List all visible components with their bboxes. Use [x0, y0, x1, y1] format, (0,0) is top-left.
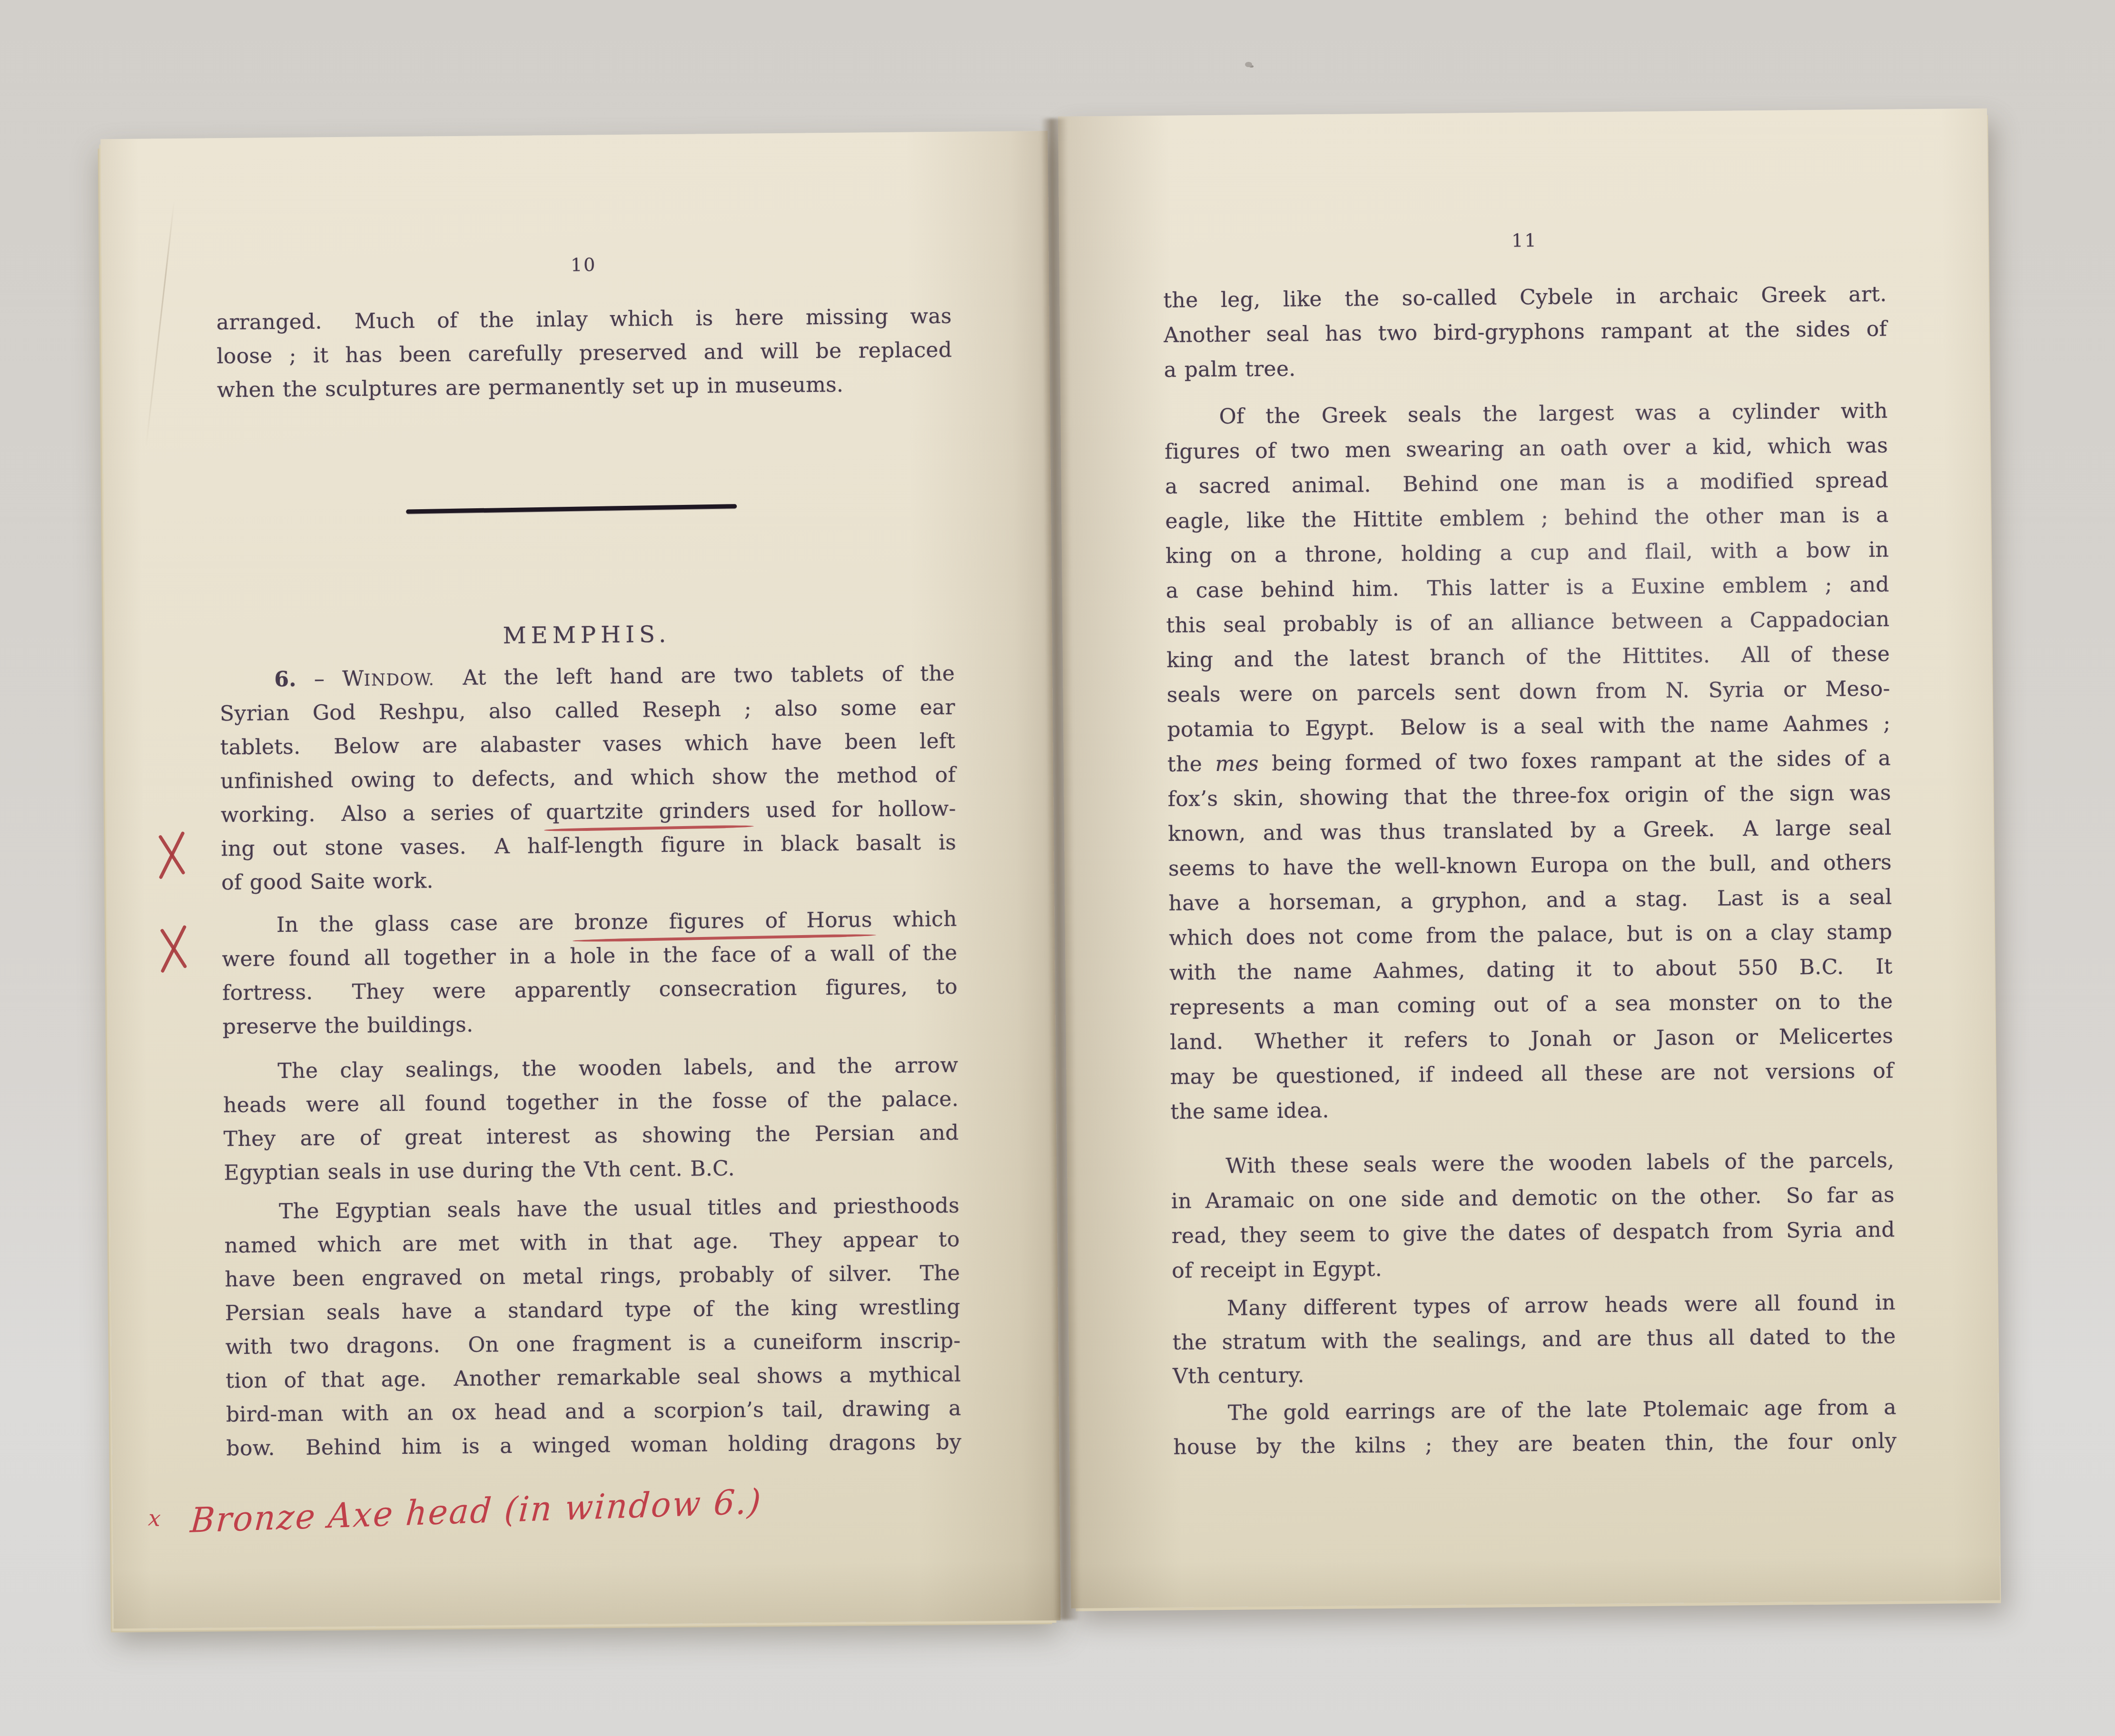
text-line: land. Whether it refers to Jonah or Jaso…: [1170, 1019, 1894, 1060]
text-line: ing out stone vases. A half-length figur…: [221, 826, 957, 866]
text-line: were found all together in a hole in the…: [222, 936, 958, 976]
handwritten-x-mark: x: [148, 1505, 162, 1531]
page-number: 10: [216, 251, 951, 278]
open-booklet: 10arranged. Much of the inlay which is h…: [96, 108, 2003, 1634]
text-line: in Aramaic on one side and demotic on th…: [1171, 1178, 1895, 1219]
dust-speck: [1245, 62, 1252, 67]
text-line: Another seal has two bird-gryphons rampa…: [1164, 312, 1888, 353]
paragraph: The gold earrings are of the late Ptolem…: [1173, 1391, 1897, 1464]
text-line: the stratum with the sealings, and are t…: [1172, 1320, 1896, 1360]
text-segment: being formed of two foxes rampant at the…: [1258, 746, 1891, 776]
text-area: 10arranged. Much of the inlay which is h…: [215, 132, 963, 1627]
text-line: Persian seals have a standard type of th…: [225, 1290, 961, 1330]
paragraph: With these seals were the wooden labels …: [1171, 1143, 1895, 1288]
text-line: the same idea.: [1170, 1088, 1894, 1129]
paragraph: In the glass case are bronze figures of …: [221, 902, 958, 1044]
text-segment: used for hollow-: [750, 797, 956, 823]
section-divider: [406, 504, 737, 514]
text-line: Vth century.: [1173, 1353, 1897, 1393]
text-area: 11the leg, like the so-called Cybele in …: [1162, 109, 1898, 1608]
scanned-book-photo: 10arranged. Much of the inlay which is h…: [0, 0, 2115, 1736]
text-line: seems to have the well-known Europa on t…: [1168, 845, 1892, 886]
text-segment: At the left hand are two tablets of the: [435, 661, 955, 690]
text-line: Of the Greek seals the largest was a cyl…: [1164, 394, 1888, 434]
text-line: bow. Behind him is a winged woman holdin…: [226, 1425, 962, 1465]
text-line: represents a man coming out of a sea mon…: [1169, 984, 1893, 1025]
margin-x-annotation: [156, 924, 191, 974]
text-line: a palm tree.: [1164, 346, 1888, 387]
text-line: fortress. They were apparently consecrat…: [222, 970, 958, 1010]
text-line: of good Saite work.: [221, 859, 957, 899]
text-line: With these seals were the wooden labels …: [1171, 1143, 1895, 1184]
text-segment: working. Also a series of: [221, 800, 546, 827]
text-line: king and the latest branch of the Hittit…: [1166, 637, 1890, 678]
paragraph: the leg, like the so-called Cybele in ar…: [1163, 277, 1888, 387]
text-line: preserve the buildings.: [222, 1004, 958, 1044]
text-line: with two dragons. On one fragment is a c…: [225, 1324, 961, 1364]
left-page: 10arranged. Much of the inlay which is h…: [100, 131, 1060, 1628]
text-line: figures of two men swearing an oath over…: [1165, 428, 1888, 469]
text-line: with the name Aahmes, dating it to about…: [1169, 949, 1893, 990]
text-line: unfinished owing to defects, and which s…: [220, 758, 956, 798]
paragraph: The Egyptian seals have the usual titles…: [224, 1189, 962, 1465]
text-line: seals were on parcels sent down from N. …: [1166, 671, 1890, 712]
text-line: 6. – WINDOW. At the left hand are two ta…: [219, 657, 955, 697]
text-line: have a horseman, a gryphon, and a stag. …: [1168, 880, 1892, 921]
text-line: arranged. Much of the inlay which is her…: [216, 299, 952, 339]
text-segment: In the glass case are: [277, 910, 575, 937]
text-line: the mes being formed of two foxes rampan…: [1167, 741, 1891, 782]
text-line: The clay sealings, the wooden labels, an…: [223, 1048, 959, 1088]
text-line: named which are met with in that age. Th…: [224, 1223, 960, 1263]
text-line: this seal probably is of an alliance bet…: [1166, 602, 1890, 643]
text-segment: INDOW.: [364, 670, 435, 690]
text-line: loose ; it has been carefully preserved …: [217, 333, 952, 373]
margin-x-annotation: [154, 830, 189, 880]
text-line: fox’s skin, showing that the three-fox o…: [1167, 776, 1891, 817]
red-underlined-text: quartzite grinders: [546, 799, 751, 825]
text-line: a sacred animal. Behind one man is a mod…: [1165, 463, 1889, 504]
red-underlined-text: bronze figures of Horus: [574, 907, 872, 934]
text-line: house by the kilns ; they are beaten thi…: [1173, 1424, 1897, 1464]
page-number: 11: [1163, 227, 1886, 254]
text-line: may be questioned, if indeed all these a…: [1170, 1054, 1894, 1095]
text-line: tablets. Below are alabaster vases which…: [220, 724, 956, 764]
paragraph: The clay sealings, the wooden labels, an…: [223, 1048, 959, 1190]
text-segment: which: [872, 907, 957, 932]
text-line: Many different types of arrow heads were…: [1172, 1286, 1896, 1326]
text-line: have been engraved on metal rings, proba…: [225, 1256, 960, 1296]
text-line: The gold earrings are of the late Ptolem…: [1173, 1391, 1897, 1430]
paragraph: Of the Greek seals the largest was a cyl…: [1164, 394, 1894, 1129]
section-heading: MEMPHIS.: [219, 619, 954, 651]
text-line: bird-man with an ox head and a scorpion’…: [226, 1391, 961, 1431]
text-line: They are of great interest as showing th…: [223, 1116, 959, 1156]
text-line: eagle, like the Hittite emblem ; behind …: [1165, 498, 1889, 539]
paragraph: Many different types of arrow heads were…: [1172, 1286, 1897, 1393]
text-line: In the glass case are bronze figures of …: [221, 902, 957, 942]
text-line: a case behind him. This latter is a Euxi…: [1166, 567, 1889, 608]
text-segment: 6.: [274, 667, 296, 691]
text-line: tion of that age. Another remarkable sea…: [226, 1358, 961, 1398]
text-line: working. Also a series of quartzite grin…: [220, 792, 956, 832]
text-line: Egyptian seals in use during the Vth cen…: [224, 1150, 959, 1190]
text-line: known, and was thus translated by a Gree…: [1168, 810, 1892, 851]
text-line: The Egyptian seals have the usual titles…: [224, 1189, 960, 1229]
text-line: king on a throne, holding a cup and flai…: [1166, 533, 1889, 573]
text-line: when the sculptures are permanently set …: [217, 367, 953, 407]
paragraph: 6. – WINDOW. At the left hand are two ta…: [219, 657, 957, 899]
text-segment: the: [1167, 752, 1216, 777]
text-line: which does not come from the palace, but…: [1169, 915, 1893, 956]
text-line: heads were all found together in the fos…: [223, 1082, 959, 1122]
text-segment: mes: [1215, 751, 1259, 776]
text-line: read, they seem to give the dates of des…: [1171, 1213, 1895, 1253]
text-segment: –: [296, 667, 343, 691]
paper-crease: [145, 201, 175, 447]
paragraph: arranged. Much of the inlay which is her…: [216, 299, 952, 407]
text-segment: W: [342, 667, 364, 691]
text-line: Syrian God Reshpu, also called Reseph ; …: [220, 690, 956, 730]
text-line: potamia to Egypt. Below is a seal with t…: [1167, 706, 1891, 747]
text-line: of receipt in Egypt.: [1172, 1247, 1896, 1288]
text-line: the leg, like the so-called Cybele in ar…: [1163, 277, 1887, 318]
right-page: 11the leg, like the so-called Cybele in …: [1058, 108, 2000, 1608]
